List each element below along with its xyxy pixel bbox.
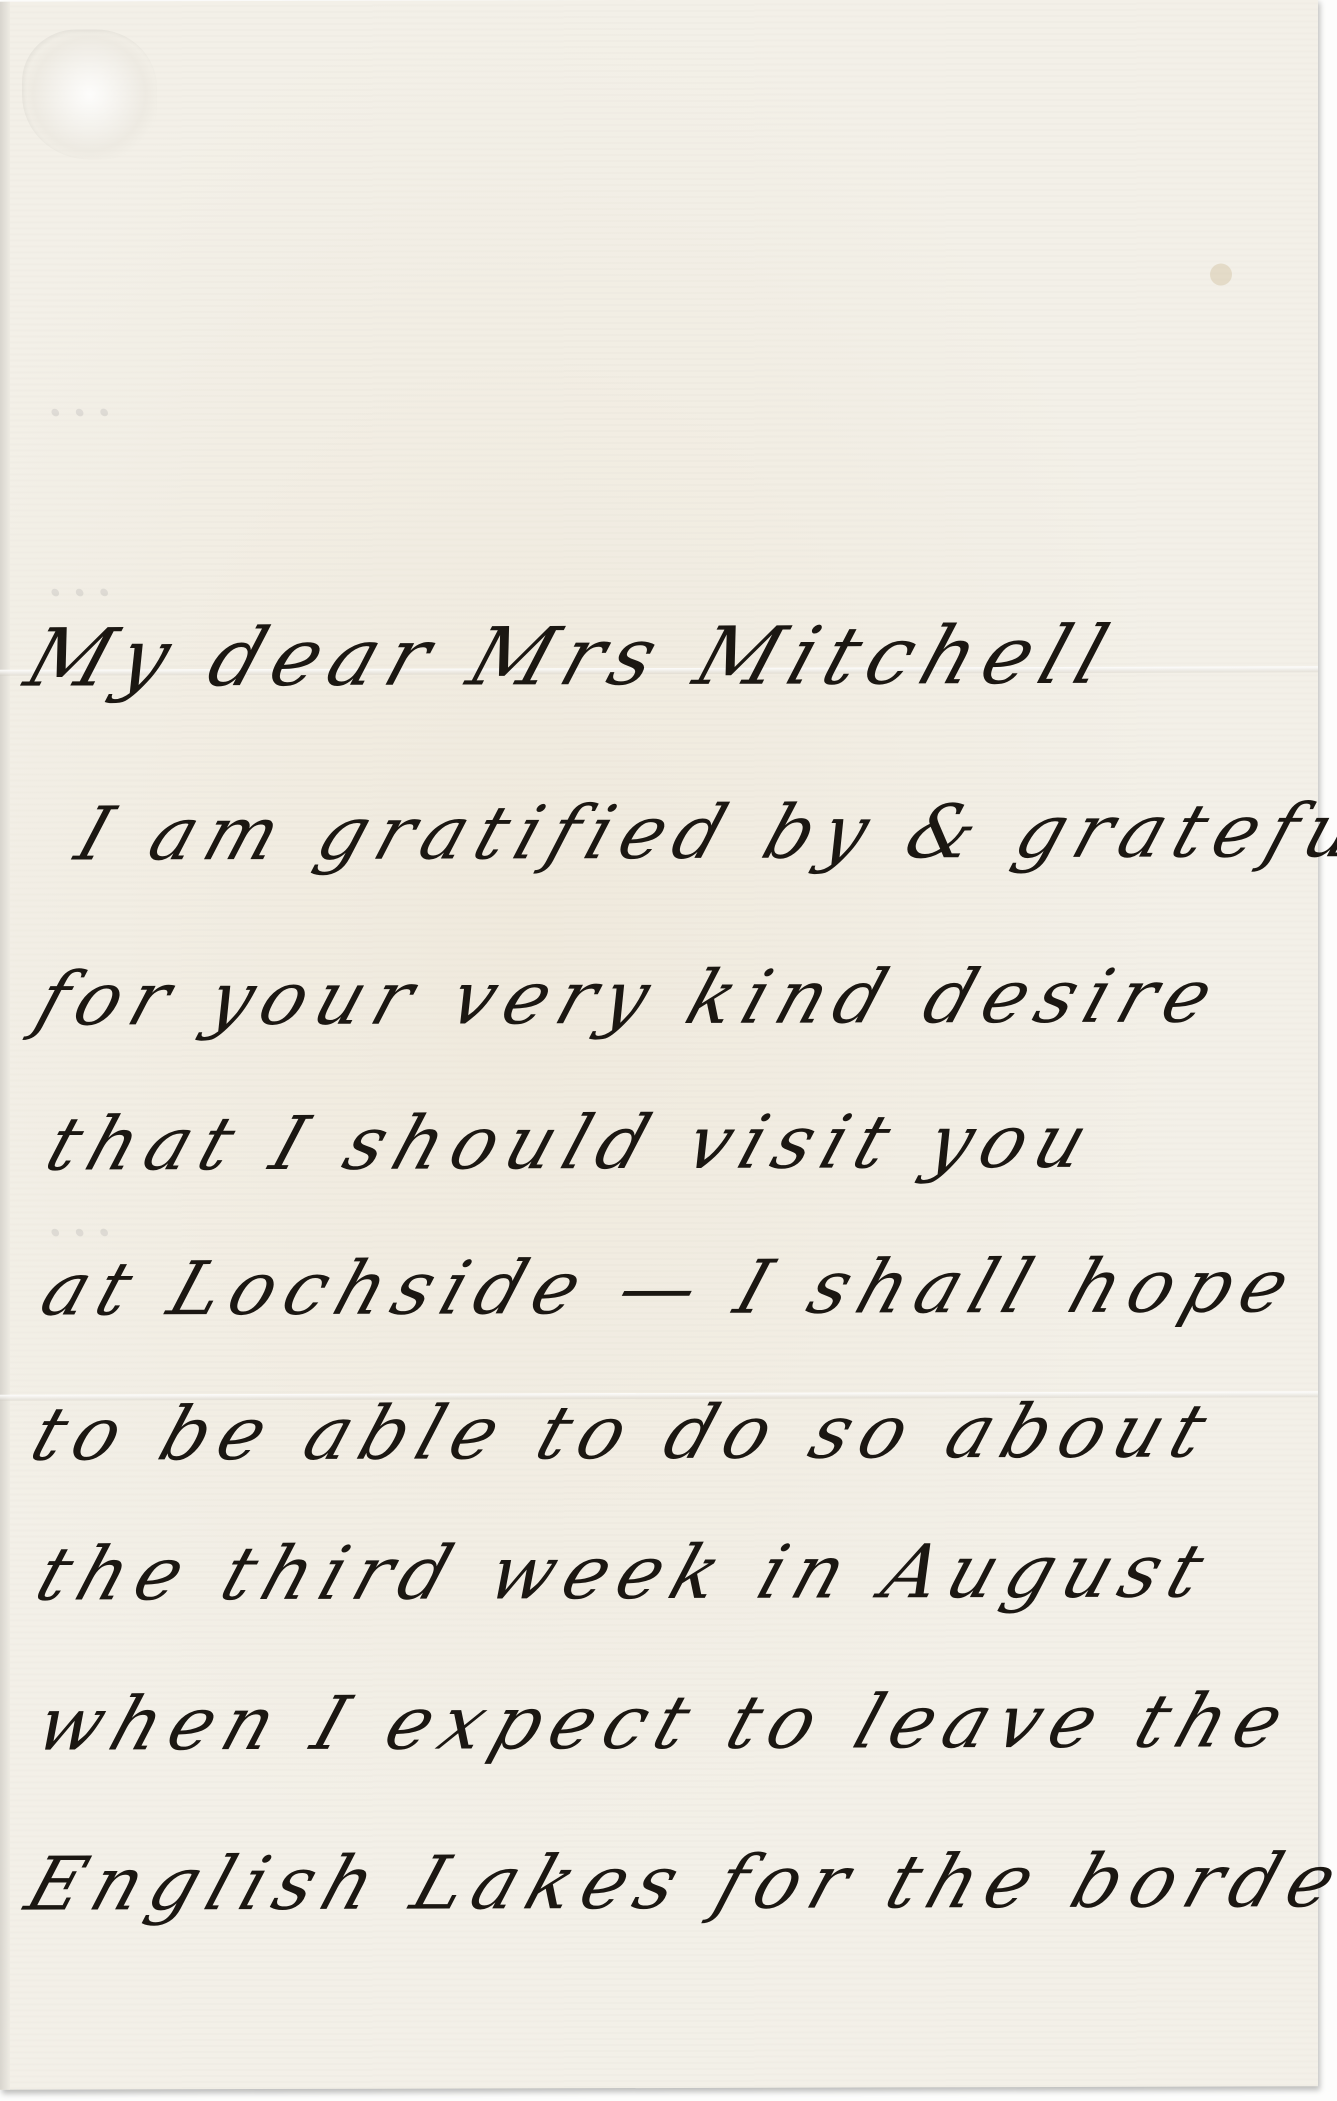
letter-line: at Lochside — I shall hope: [31, 1243, 1310, 1332]
letter-line: when I expect to leave the: [26, 1678, 1304, 1767]
paper-stain: [1210, 263, 1232, 285]
embossed-crest-icon: [22, 29, 157, 159]
letter-line: for your very kind desire: [26, 953, 1233, 1042]
bleed-through-text: ...: [40, 541, 113, 609]
bleed-through-text: ...: [40, 1181, 113, 1249]
letter-line: that I should visit you: [36, 1099, 1108, 1188]
letter-line: to be able to do so about: [21, 1389, 1227, 1478]
salutation: My dear Mrs Mitchell: [15, 609, 1129, 705]
letter-line: the third week in August: [26, 1529, 1224, 1618]
letter-line: English Lakes for the border: [16, 1838, 1337, 1928]
letter-page: ... ... ... My dear Mrs Mitchell I am gr…: [0, 0, 1318, 2090]
page-edge: [0, 2, 10, 2090]
letter-line: I am gratified by & grateful: [66, 788, 1337, 878]
bleed-through-text: ...: [40, 361, 113, 429]
